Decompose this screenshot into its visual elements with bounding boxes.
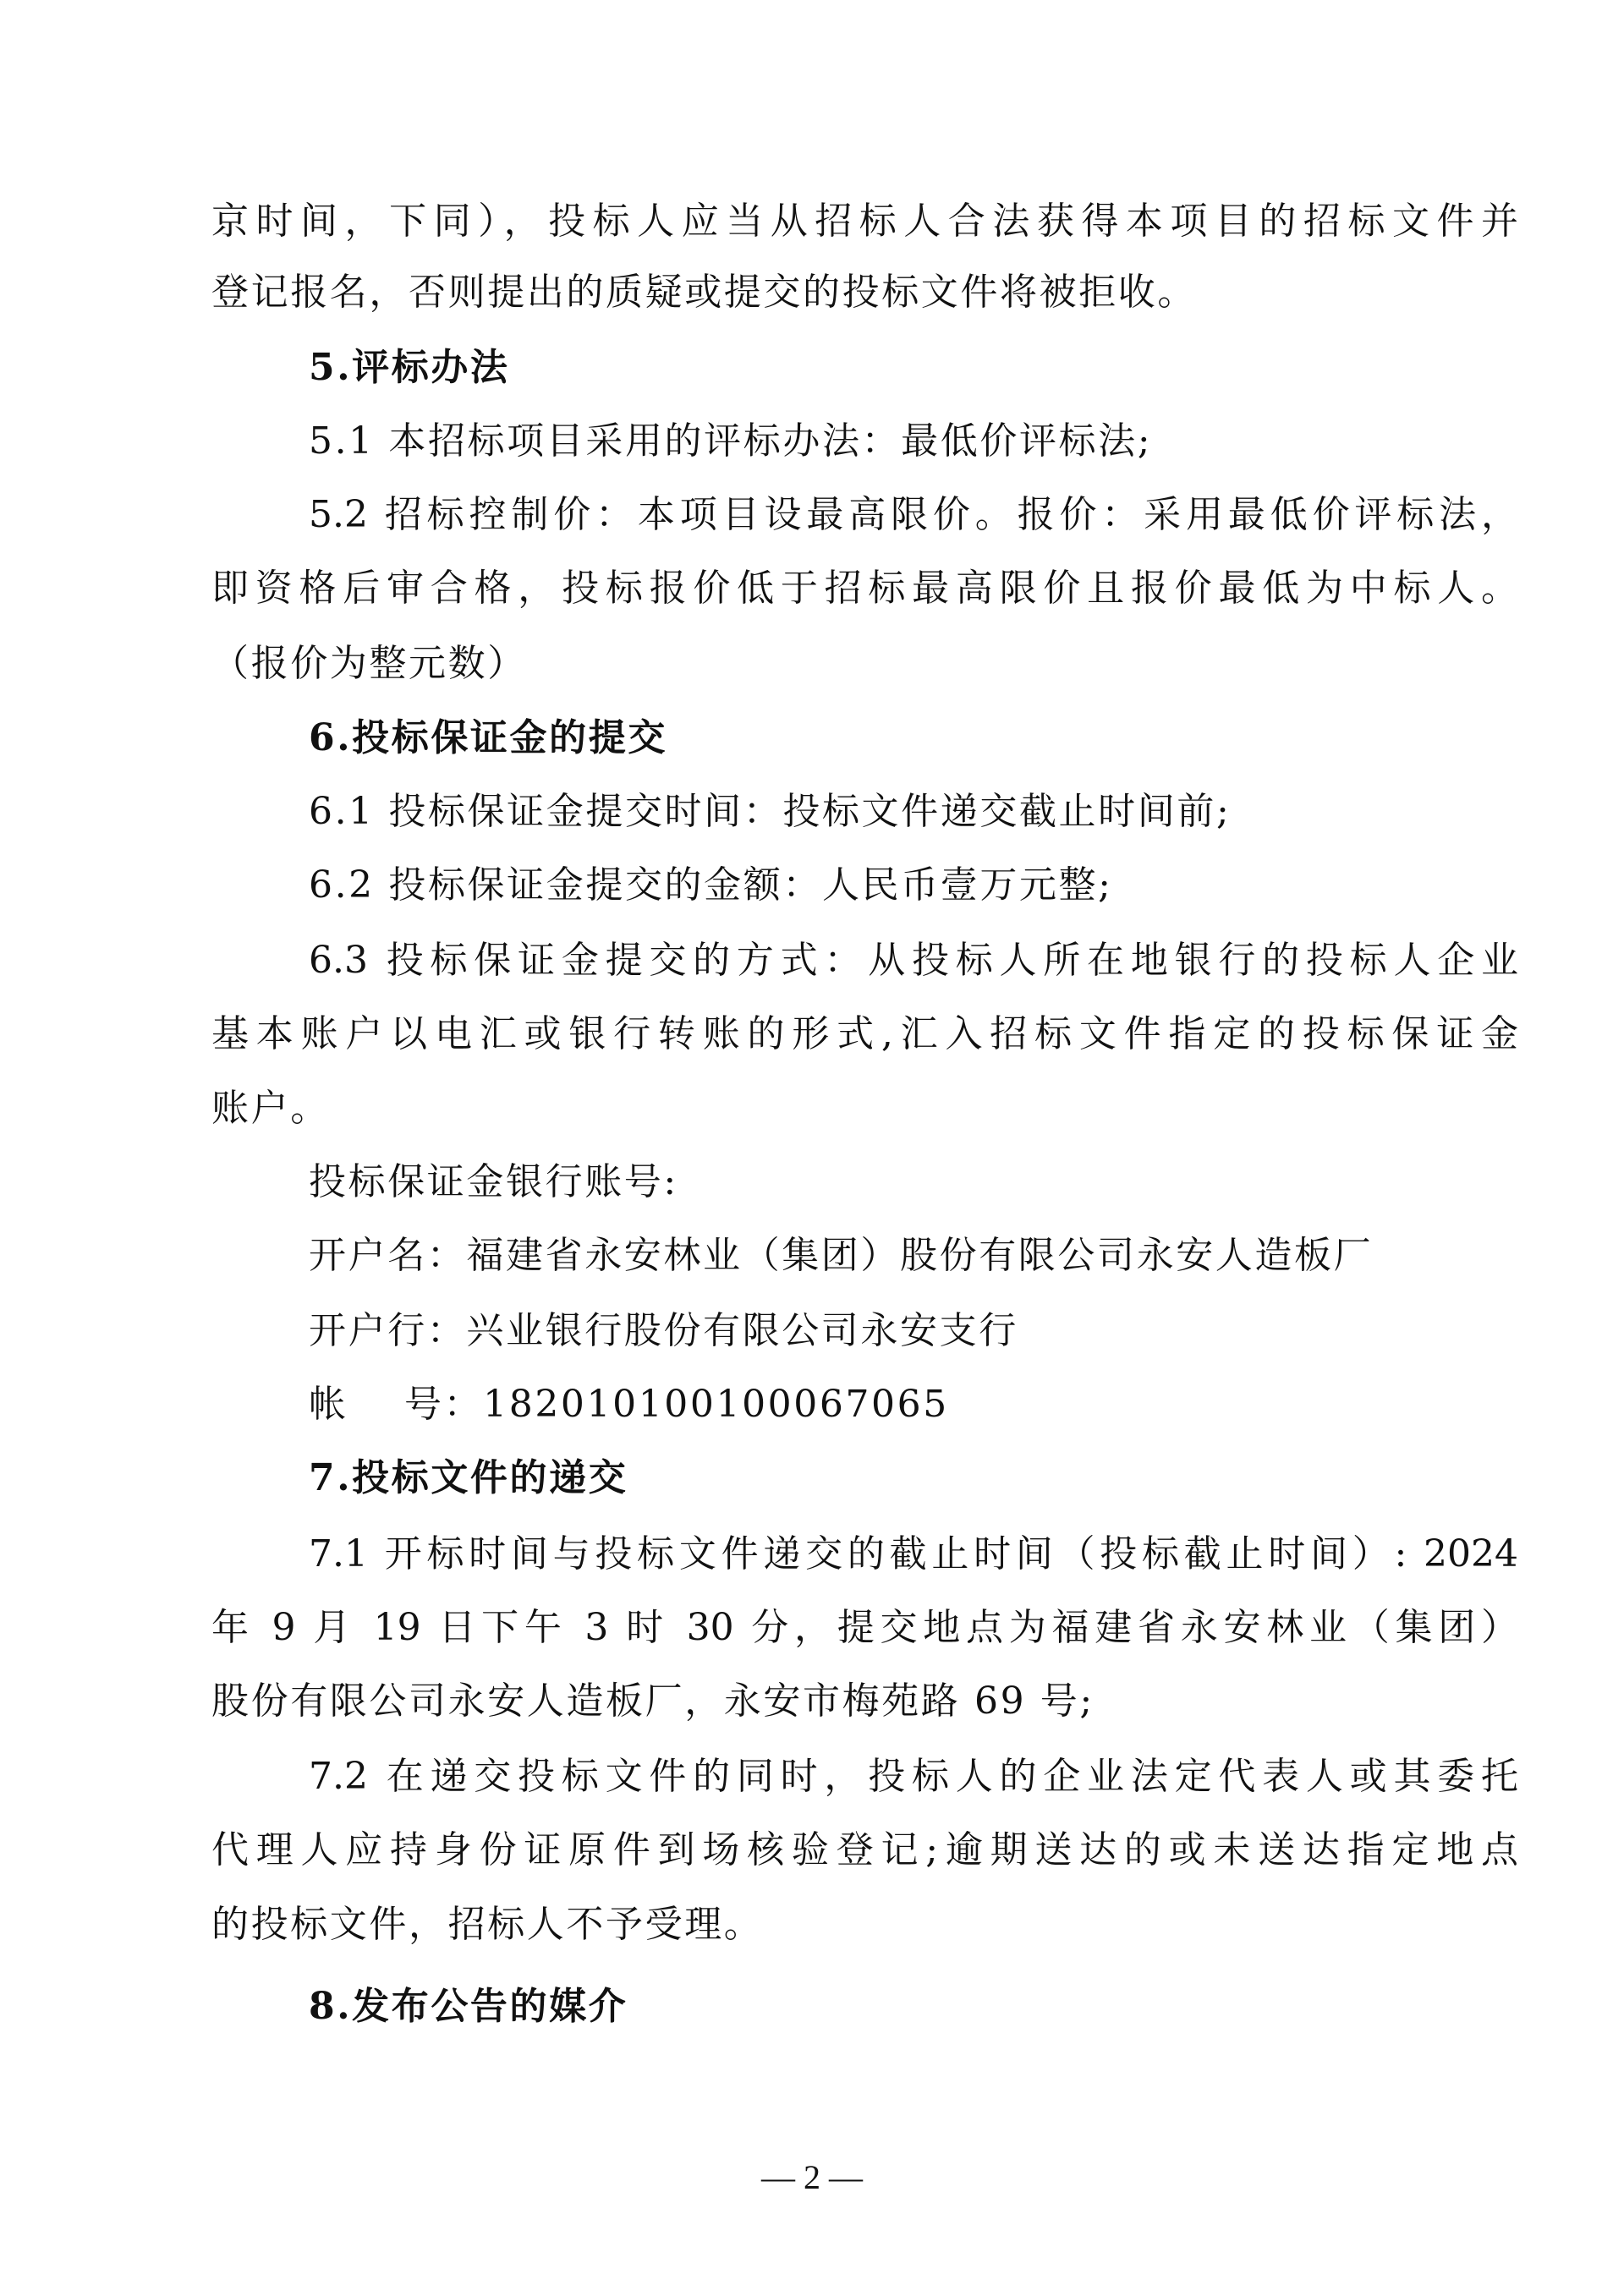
section-heading-5: 5.评标办法 [309,331,1518,405]
paragraph-line: 7.1 开标时间与投标文件递交的截止时间（投标截止时间）: 2024 [309,1517,1518,1592]
bank-account-number: 帐 号：182010100100067065 [309,1367,1518,1442]
paragraph-line: 登记报名，否则提出的质疑或提交的投标文件将被拒收。 [211,255,1518,330]
paragraph-line: 基本账户以电汇或银行转账的形式,汇入招标文件指定的投标保证金 [211,997,1518,1071]
bank-account-name: 开户名：福建省永安林业（集团）股份有限公司永安人造板厂 [309,1219,1518,1293]
section-heading-7: 7.投标文件的递交 [309,1441,1518,1515]
section-heading-6: 6.投标保证金的提交 [309,701,1518,775]
bank-info-title: 投标保证金银行账号: [309,1145,1518,1219]
paragraph-line: （报价为整元数） [211,627,1518,701]
paragraph-line: 6.1 投标保证金提交时间：投标文件递交截止时间前; [309,775,1518,849]
paragraph-line: 6.2 投标保证金提交的金额：人民币壹万元整; [309,848,1518,923]
paragraph-line: 5.2 招标控制价：本项目设最高限价。报价：采用最低价评标法， [309,478,1518,552]
paragraph-line: 京时间，下同），投标人应当从招标人合法获得本项目的招标文件并 [211,184,1518,259]
paragraph-line: 代理人应持身份证原件到场核验登记;逾期送达的或未送达指定地点 [211,1813,1518,1888]
page-number: — 2 — [0,2148,1624,2207]
paragraph-line: 即资格后审合格，投标报价低于招标最高限价且报价最低为中标人。 [211,551,1518,626]
paragraph-line: 的投标文件，招标人不予受理。 [211,1888,1518,1962]
paragraph-line: 6.3 投标保证金提交的方式：从投标人所在地银行的投标人企业 [309,923,1518,998]
paragraph-line: 账户。 [211,1071,1518,1146]
paragraph-line: 5.1 本招标项目采用的评标办法：最低价评标法; [309,404,1518,479]
document-page: 京时间，下同），投标人应当从招标人合法获得本项目的招标文件并 登记报名，否则提出… [0,0,1624,2296]
bank-branch: 开户行：兴业银行股份有限公司永安支行 [309,1294,1518,1368]
paragraph-line: 7.2 在递交投标文件的同时，投标人的企业法定代表人或其委托 [309,1740,1518,1814]
paragraph-line: 股份有限公司永安人造板厂，永安市梅苑路 69 号; [211,1664,1518,1739]
section-heading-8: 8.发布公告的媒介 [309,1970,1518,2044]
paragraph-line: 年 9 月 19 日下午 3 时 30 分，提交地点为福建省永安林业（集团） [211,1591,1518,1665]
